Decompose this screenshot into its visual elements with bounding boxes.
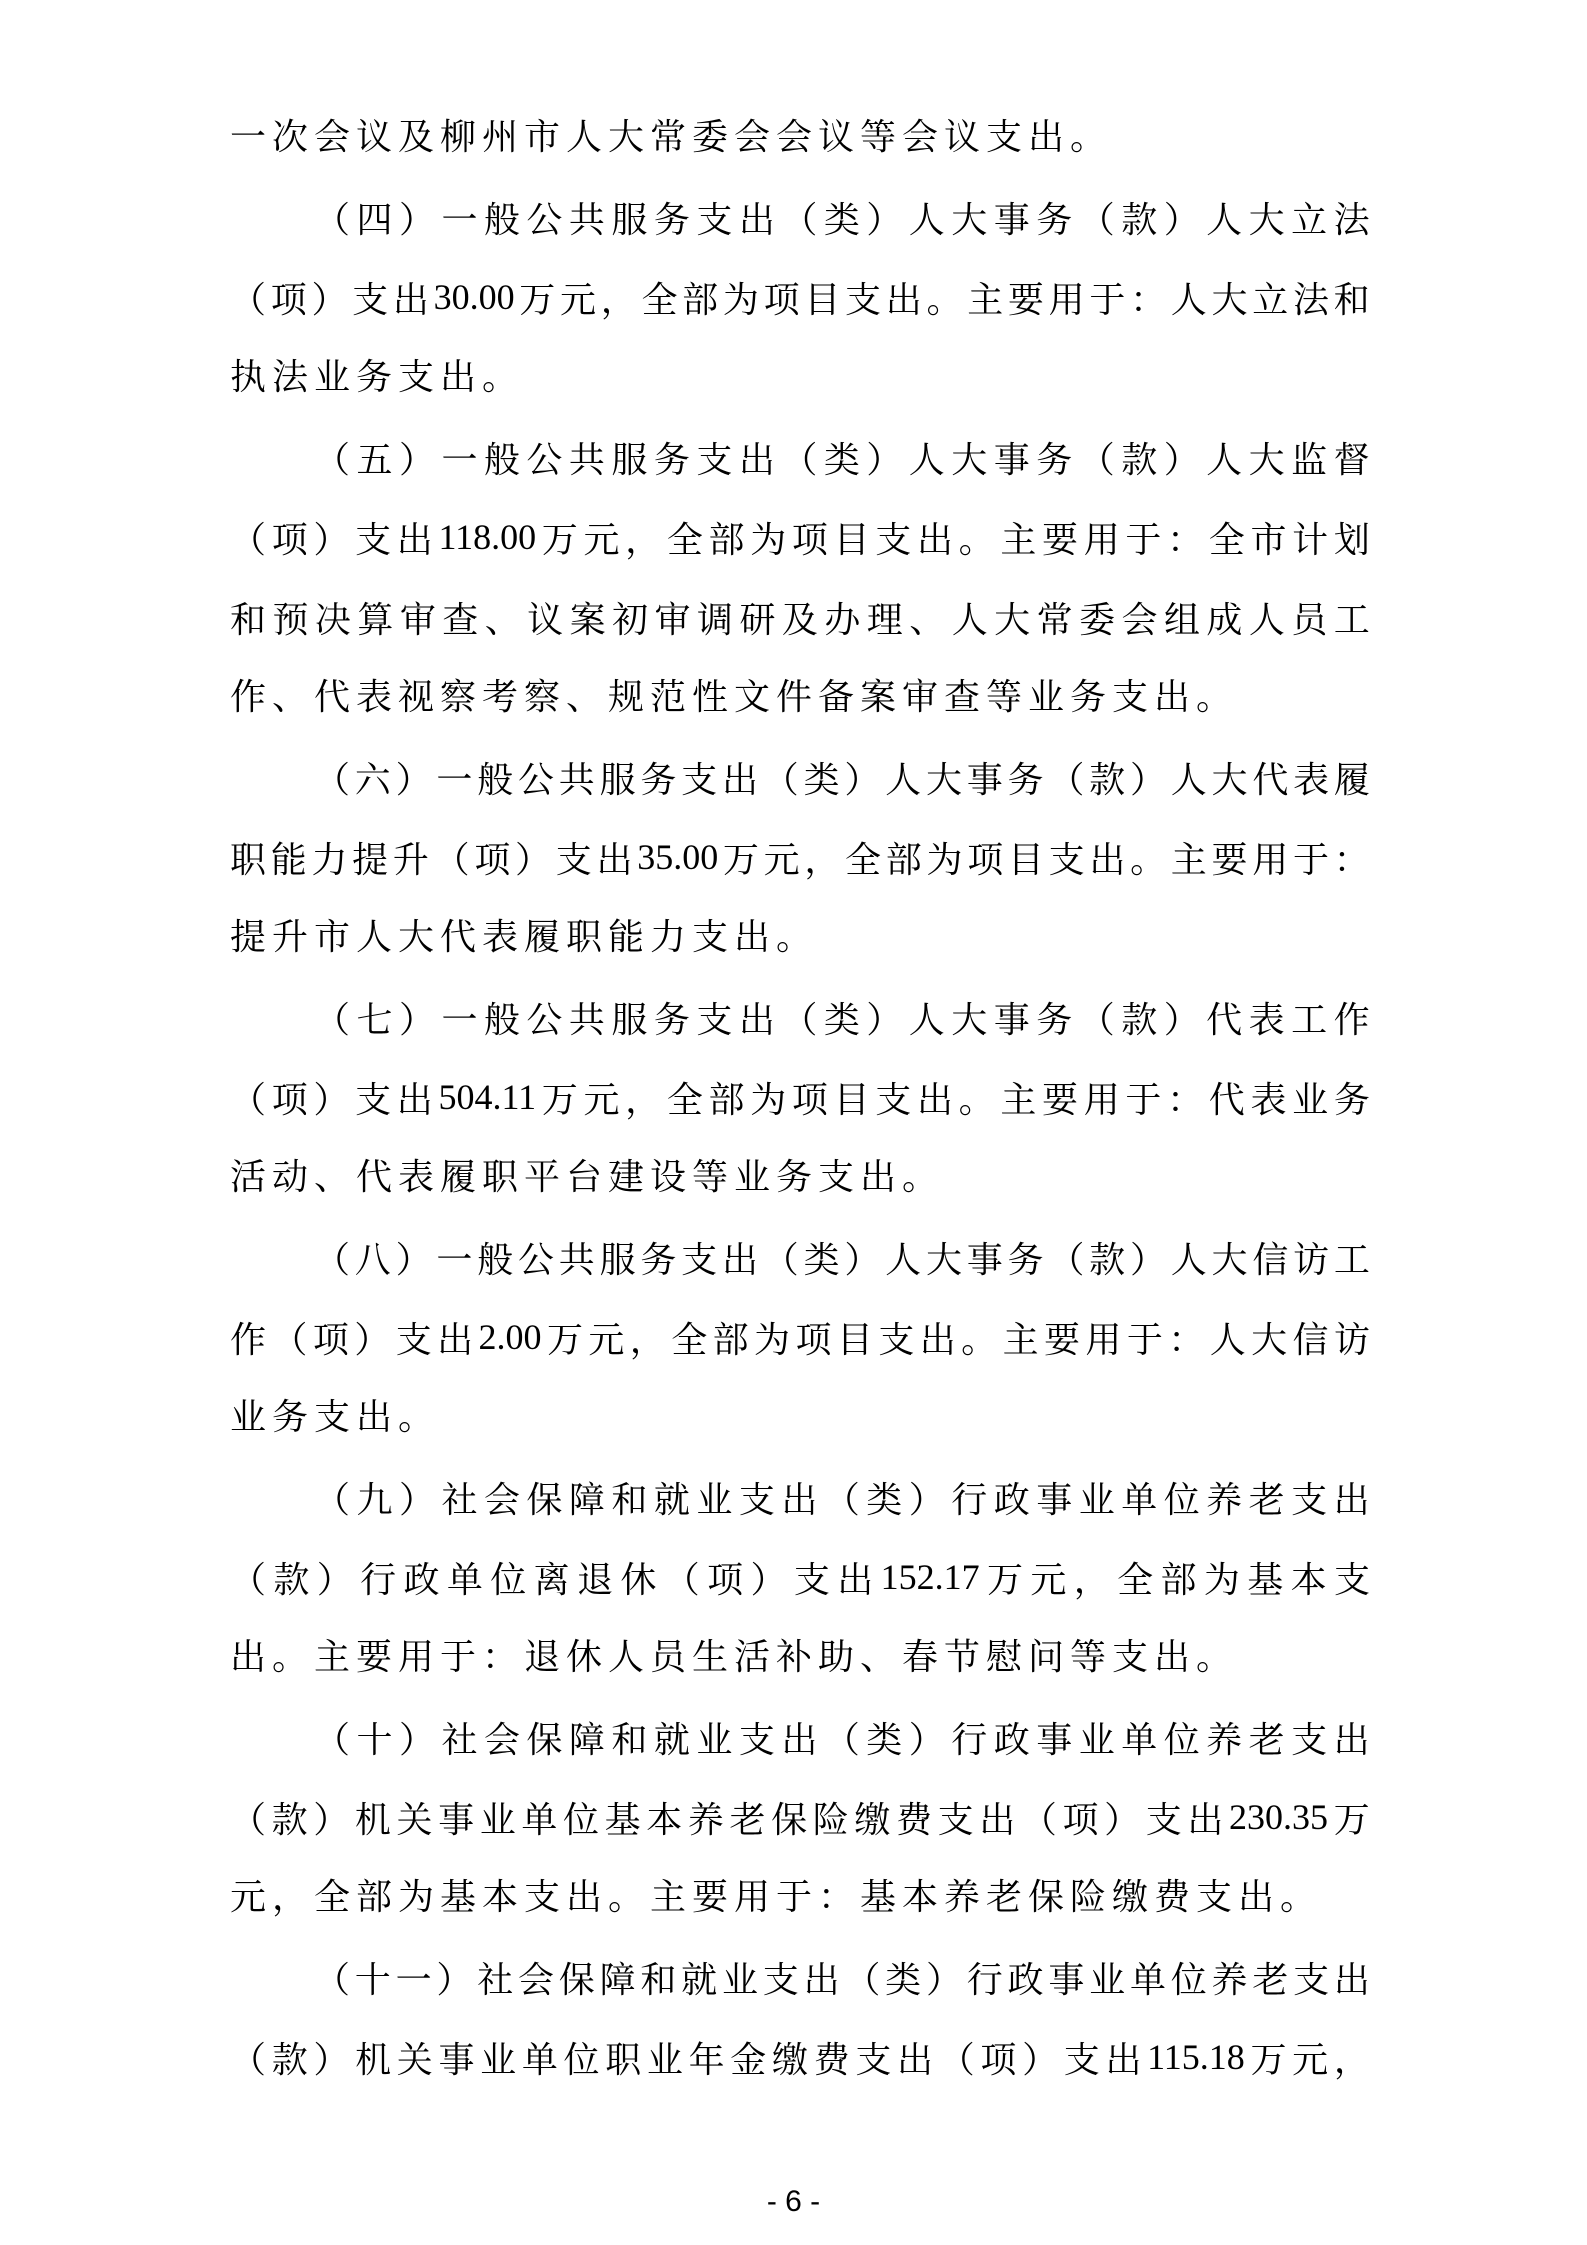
text-line-24: （十一）社会保障和就业支出（类）行政事业单位养老支出	[230, 1937, 1370, 2017]
text-line-22: （款）机关事业单位基本养老保险缴费支出（项）支出230.35万	[230, 1777, 1370, 1857]
text-line-13: （项）支出504.11万元，全部为项目支出。主要用于：代表业务	[230, 1057, 1370, 1137]
page-number: - 6 -	[0, 2182, 1587, 2222]
text-line-11: 提升市人大代表履职能力支出。	[230, 897, 1370, 977]
text-line-4: 执法业务支出。	[230, 337, 1370, 417]
text-line-14: 活动、代表履职平台建设等业务支出。	[230, 1137, 1370, 1217]
document-body: 一次会议及柳州市人大常委会会议等会议支出。（四）一般公共服务支出（类）人大事务（…	[230, 97, 1370, 2097]
text-line-8: 作、代表视察考察、规范性文件备案审查等业务支出。	[230, 657, 1370, 737]
text-line-18: （九）社会保障和就业支出（类）行政事业单位养老支出	[230, 1457, 1370, 1537]
text-line-5: （五）一般公共服务支出（类）人大事务（款）人大监督	[230, 417, 1370, 497]
text-line-19: （款）行政单位离退休（项）支出152.17万元，全部为基本支	[230, 1537, 1370, 1617]
text-line-1: 一次会议及柳州市人大常委会会议等会议支出。	[230, 97, 1370, 177]
text-line-25: （款）机关事业单位职业年金缴费支出（项）支出115.18万元，	[230, 2017, 1370, 2097]
text-line-7: 和预决算审查、议案初审调研及办理、人大常委会组成人员工	[230, 577, 1370, 657]
text-line-2: （四）一般公共服务支出（类）人大事务（款）人大立法	[230, 177, 1370, 257]
document-page: 一次会议及柳州市人大常委会会议等会议支出。（四）一般公共服务支出（类）人大事务（…	[0, 0, 1587, 2245]
text-line-23: 元，全部为基本支出。主要用于：基本养老保险缴费支出。	[230, 1857, 1370, 1937]
text-line-12: （七）一般公共服务支出（类）人大事务（款）代表工作	[230, 977, 1370, 1057]
text-line-17: 业务支出。	[230, 1377, 1370, 1457]
text-line-21: （十）社会保障和就业支出（类）行政事业单位养老支出	[230, 1697, 1370, 1777]
text-line-10: 职能力提升（项）支出35.00万元，全部为项目支出。主要用于：	[230, 817, 1370, 897]
text-line-16: 作（项）支出2.00万元，全部为项目支出。主要用于：人大信访	[230, 1297, 1370, 1377]
text-line-6: （项）支出118.00万元，全部为项目支出。主要用于：全市计划	[230, 497, 1370, 577]
text-line-9: （六）一般公共服务支出（类）人大事务（款）人大代表履	[230, 737, 1370, 817]
text-line-3: （项）支出30.00万元，全部为项目支出。主要用于：人大立法和	[230, 257, 1370, 337]
text-line-15: （八）一般公共服务支出（类）人大事务（款）人大信访工	[230, 1217, 1370, 1297]
text-line-20: 出。主要用于：退休人员生活补助、春节慰问等支出。	[230, 1617, 1370, 1697]
